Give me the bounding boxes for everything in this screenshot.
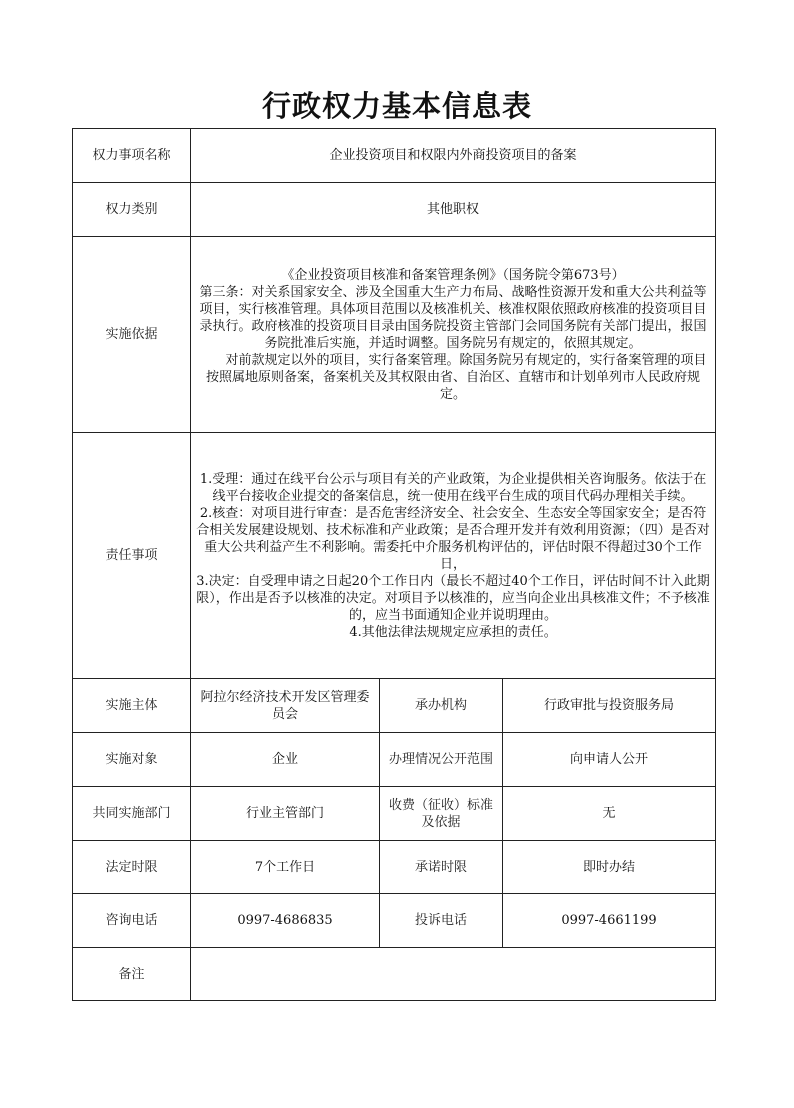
value-disclosure-scope: 向申请人公开 [503,733,716,787]
row-target: 实施对象 企业 办理情况公开范围 向申请人公开 [73,733,716,787]
label-item-name: 权力事项名称 [73,129,191,183]
label-responsibility: 责任事项 [73,433,191,679]
label-basis: 实施依据 [73,237,191,433]
label-complaint-phone: 投诉电话 [380,894,503,948]
value-responsibility: 1.受理：通过在线平台公示与项目有关的产业政策，为企业提供相关咨询服务。依法于在… [191,433,716,679]
row-time-limit: 法定时限 7个工作日 承诺时限 即时办结 [73,841,716,894]
row-remark: 备注 [73,948,716,1001]
label-joint-department: 共同实施部门 [73,787,191,841]
value-handling-agency: 行政审批与投资服务局 [503,679,716,733]
value-legal-time-limit: 7个工作日 [191,841,380,894]
row-subject: 实施主体 阿拉尔经济技术开发区管理委员会 承办机构 行政审批与投资服务局 [73,679,716,733]
label-handling-agency: 承办机构 [380,679,503,733]
value-remark [191,948,716,1001]
value-complaint-phone: 0997-4661199 [503,894,716,948]
value-consult-phone: 0997-4686835 [191,894,380,948]
label-disclosure-scope: 办理情况公开范围 [380,733,503,787]
row-category: 权力类别 其他职权 [73,183,716,237]
value-fee-standard: 无 [503,787,716,841]
row-phone: 咨询电话 0997-4686835 投诉电话 0997-4661199 [73,894,716,948]
info-table: 权力事项名称 企业投资项目和权限内外商投资项目的备案 权力类别 其他职权 实施依… [72,128,716,1001]
label-category: 权力类别 [73,183,191,237]
page-title: 行政权力基本信息表 [0,84,794,125]
label-promised-time-limit: 承诺时限 [380,841,503,894]
value-subject: 阿拉尔经济技术开发区管理委员会 [191,679,380,733]
row-joint: 共同实施部门 行业主管部门 收费（征收）标准及依据 无 [73,787,716,841]
basis-paragraph: 第三条：对关系国家安全、涉及全国重大生产力布局、战略性资源开发和重大公共利益等项… [195,284,711,352]
basis-paragraph: 对前款规定以外的项目，实行备案管理。除国务院另有规定的，实行备案管理的项目按照属… [195,352,711,403]
basis-paragraph: 《企业投资项目核准和备案管理条例》（国务院令第673号） [195,267,711,284]
label-target: 实施对象 [73,733,191,787]
value-target: 企业 [191,733,380,787]
responsibility-paragraph: 4.其他法律法规规定应承担的责任。 [195,624,711,641]
value-item-name: 企业投资项目和权限内外商投资项目的备案 [191,129,716,183]
responsibility-paragraph: 3.决定：自受理申请之日起20个工作日内（最长不超过40个工作日，评估时间不计入… [195,573,711,624]
responsibility-paragraph: 1.受理：通过在线平台公示与项目有关的产业政策，为企业提供相关咨询服务。依法于在… [195,471,711,505]
value-joint-department: 行业主管部门 [191,787,380,841]
value-promised-time-limit: 即时办结 [503,841,716,894]
row-item-name: 权力事项名称 企业投资项目和权限内外商投资项目的备案 [73,129,716,183]
label-legal-time-limit: 法定时限 [73,841,191,894]
label-remark: 备注 [73,948,191,1001]
row-basis: 实施依据 《企业投资项目核准和备案管理条例》（国务院令第673号） 第三条：对关… [73,237,716,433]
row-responsibility: 责任事项 1.受理：通过在线平台公示与项目有关的产业政策，为企业提供相关咨询服务… [73,433,716,679]
value-category: 其他职权 [191,183,716,237]
label-fee-standard: 收费（征收）标准及依据 [380,787,503,841]
label-subject: 实施主体 [73,679,191,733]
value-basis: 《企业投资项目核准和备案管理条例》（国务院令第673号） 第三条：对关系国家安全… [191,237,716,433]
label-consult-phone: 咨询电话 [73,894,191,948]
responsibility-paragraph: 2.核查：对项目进行审查：是否危害经济安全、社会安全、生态安全等国家安全；是否符… [195,505,711,573]
